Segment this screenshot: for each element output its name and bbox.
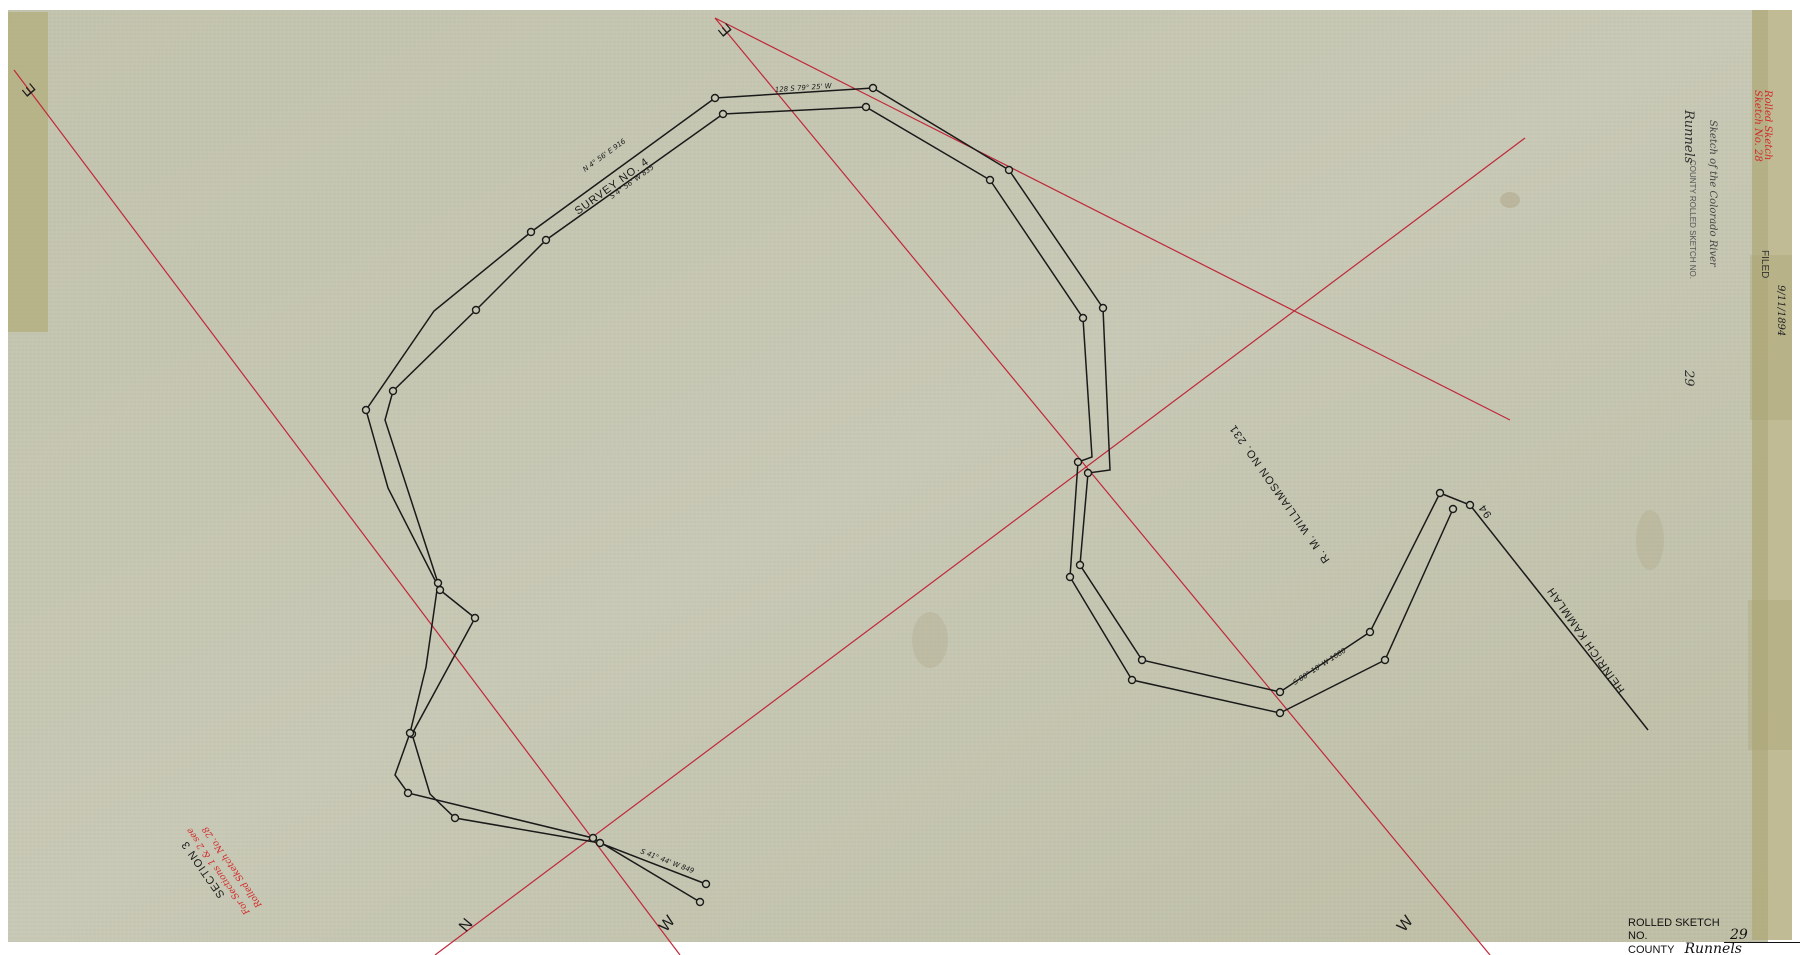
left-tape-strip (8, 12, 48, 332)
filed-stamp: FILED (1759, 250, 1770, 278)
county-label: COUNTY (1628, 944, 1674, 955)
county-value: Runnels (1678, 943, 1764, 955)
sketch-label-box: ROLLED SKETCH NO. 29 COUNTY Runnels (1628, 917, 1800, 955)
filed-date: 9/11/1894 (1775, 285, 1786, 336)
runnels-handwriting: Runnels (1681, 109, 1696, 164)
map-canvas: E E S N W W N 4° 56' E 916 S 4° 56' W 83… (0, 0, 1800, 955)
county-stamp: COUNTY ROLLED SKETCH NO. (1688, 160, 1697, 279)
top-right-red-note-2: Sketch No. 28 (1752, 90, 1763, 162)
sketch-description-handwriting: Sketch of the Colorado River (1707, 120, 1718, 268)
survey-sheet: E E S N W W N 4° 56' E 916 S 4° 56' W 83… (0, 0, 1800, 955)
rolled-sketch-label: ROLLED SKETCH NO. (1628, 917, 1720, 943)
top-right-sketch-number: 29 (1681, 369, 1696, 387)
